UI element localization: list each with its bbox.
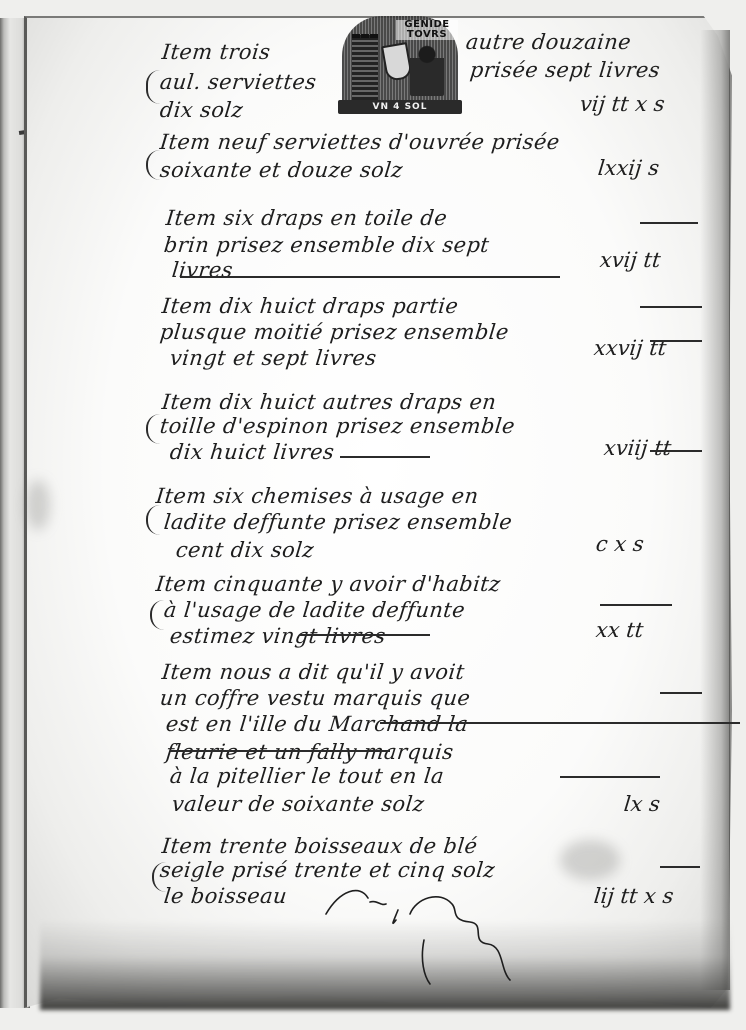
- entry-5-line-3: dix huict livres: [169, 440, 336, 464]
- page-edge-shadow: [700, 30, 730, 990]
- entry-6-line-2: ladite deffunte prisez ensemble: [163, 510, 514, 534]
- figure-icon: [410, 44, 444, 96]
- entry-6-amount: c x s: [595, 532, 645, 556]
- entry-7-line-2: à l'usage de ladite deffunte: [163, 598, 467, 622]
- line-filler: [560, 776, 660, 778]
- entry-7-line-3: estimez vingt livres: [169, 624, 387, 648]
- line-filler: [170, 750, 390, 752]
- line-filler: [300, 634, 430, 636]
- line-filler: [650, 340, 702, 342]
- entry-8-line-1: Item nous a dit qu'il y avoit: [161, 660, 466, 684]
- entry-2-line-1: Item neuf serviettes d'ouvrée prisée: [159, 130, 561, 154]
- stamp-top-text: GENIDE TOVRS: [396, 20, 458, 40]
- entry-6-line-3: cent dix solz: [175, 538, 315, 562]
- line-filler: [180, 276, 560, 278]
- entry-3-line-3: livres: [171, 258, 234, 282]
- line-filler: [660, 692, 702, 694]
- entry-8-line-2: un coffre vestu marquis que: [159, 686, 472, 710]
- line-filler: [640, 222, 698, 224]
- entry-7-line-1: Item cinquante y avoir d'habitz: [155, 572, 502, 596]
- line-filler: [650, 450, 702, 452]
- entry-1-line-3: dix solz: [159, 98, 245, 122]
- entry-3-line-1: Item six draps en toile de: [165, 206, 449, 230]
- entry-8-amount: lx s: [623, 792, 662, 816]
- entry-1-amount: vij tt x s: [579, 92, 666, 116]
- tax-stamp: GENIDE TOVRS VN 4 SOL: [338, 8, 462, 114]
- stamp-banner: VN 4 SOL: [338, 100, 462, 114]
- entry-1-right-line-1: autre douzaine: [465, 30, 633, 54]
- edge-smudge: [26, 480, 50, 530]
- entry-4-line-1: Item dix huict draps partie: [161, 294, 460, 318]
- line-filler: [660, 866, 700, 868]
- entry-1-line-2: aul. serviettes: [159, 70, 318, 94]
- signature-flourish: [320, 880, 550, 990]
- entry-4-line-2: plusque moitié prisez ensemble: [159, 320, 510, 344]
- line-filler: [340, 456, 430, 458]
- entry-3-amount: xvij tt: [599, 248, 662, 272]
- entry-3-line-2: brin prisez ensemble dix sept: [163, 233, 491, 257]
- line-filler: [640, 306, 702, 308]
- entry-9-line-3: le boisseau: [163, 884, 289, 908]
- entry-5-line-1: Item dix huict autres draps en: [161, 390, 498, 414]
- entry-9-line-1: Item trente boisseaux de blé: [161, 834, 479, 858]
- entry-2-amount: lxxij s: [597, 156, 661, 180]
- entry-4-line-3: vingt et sept livres: [169, 346, 378, 370]
- line-filler: [380, 722, 740, 724]
- entry-2-line-2: soixante et douze solz: [159, 158, 404, 182]
- line-filler: [600, 604, 672, 606]
- entry-8-line-3: est en l'ille du Marchand la: [165, 712, 470, 736]
- entry-8-line-5: à la pitellier le tout en la: [169, 764, 446, 788]
- entry-8-line-6: valeur de soixante solz: [171, 792, 426, 816]
- entry-6-line-1: Item six chemises à usage en: [155, 484, 480, 508]
- entry-5-line-2: toille d'espinon prisez ensemble: [159, 414, 516, 438]
- scanned-page: GENIDE TOVRS VN 4 SOL Item trois aul. se…: [0, 0, 746, 1030]
- entry-7-amount: xx tt: [595, 618, 645, 642]
- tower-icon: [352, 34, 378, 100]
- entry-9-line-2: seigle prisé trente et cinq solz: [159, 858, 496, 882]
- entry-9-amount: lij tt x s: [593, 884, 675, 908]
- ink-smudge: [560, 840, 620, 880]
- entry-5-amount: xviij tt: [603, 436, 673, 460]
- entry-1-line-1: Item trois: [161, 40, 272, 64]
- entry-8-line-4: fleurie et un fally marquis: [165, 740, 455, 764]
- entry-1-right-line-2: prisée sept livres: [469, 58, 662, 82]
